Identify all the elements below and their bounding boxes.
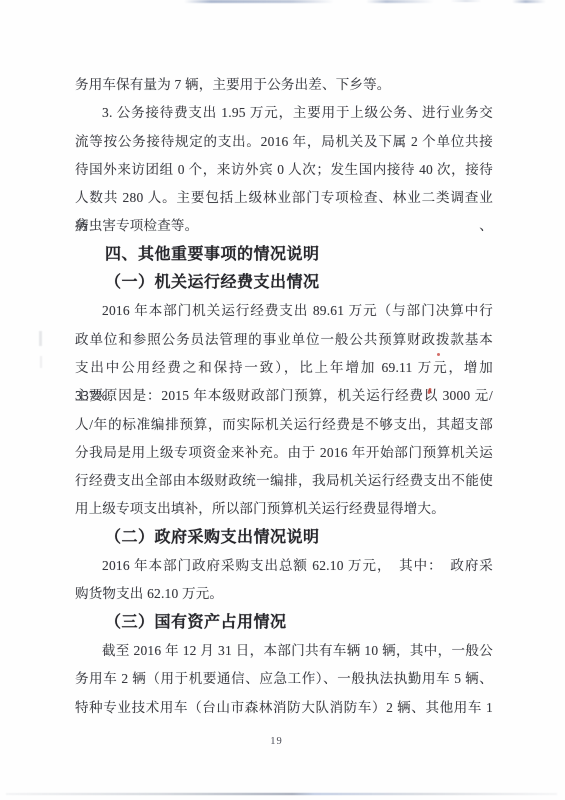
paragraph-line: 用上级专项支出填补，所以部门预算机关运行经费显得增大。 xyxy=(75,495,493,523)
paragraph-line: 主要原因是：2015 年本级财政部门预算，机关运行经费以 3000 元/ xyxy=(75,382,493,410)
scan-smudge-top-icon xyxy=(184,0,334,3)
paragraph-line: 3. 公务接待费支出 1.95 万元，主要用于上级公务、进行业务交 xyxy=(75,99,493,127)
page-edge-shadow xyxy=(6,793,557,795)
paragraph-line: 分我局是用上级专项资金来补充。由于 2016 年开始部门预算机关运 xyxy=(75,439,493,467)
paragraph-line: 截至 2016 年 12 月 31 日，本部门共有车辆 10 辆，其中，一般公 xyxy=(75,637,493,665)
scanned-document-page: 务用车保有量为 7 辆，主要用于公务出差、下乡等。 3. 公务接待费支出 1.9… xyxy=(0,0,565,800)
document-text-body: 务用车保有量为 7 辆，主要用于公务出差、下乡等。 3. 公务接待费支出 1.9… xyxy=(75,71,493,722)
page-number: 19 xyxy=(0,736,553,747)
scan-margin-mark-icon xyxy=(40,356,42,368)
paragraph-line: 待国外来访团组 0 个，来访外宾 0 人次；发生国内接待 40 次，接待 xyxy=(75,156,493,184)
red-mark-icon xyxy=(437,353,440,356)
paragraph-line: 流等按公务接待规定的支出。2016 年，局机关及下属 2 个单位共接 xyxy=(75,128,493,156)
paragraph-line: 购货物支出 62.10 万元。 xyxy=(75,580,493,608)
paragraph-line: 人数共 280 人。主要包括上级林业部门专项检查、林业二类调查业务、 xyxy=(75,184,493,212)
scan-smudge-top-icon xyxy=(512,0,546,3)
section-heading: 四、其他重要事项的情况说明 xyxy=(75,241,493,269)
paragraph-line: 2016 年本部门机关运行经费支出 89.61 万元（与部门决算中行 xyxy=(75,297,493,325)
subsection-heading: （一）机关运行经费支出情况 xyxy=(75,269,493,297)
paragraph-line: 务用车保有量为 7 辆，主要用于公务出差、下乡等。 xyxy=(75,71,493,99)
paragraph-line: 支出中公用经费之和保持一致），比上年增加 69.11 万元，增加 337%。 xyxy=(75,354,493,382)
scan-smudge-top-icon xyxy=(450,0,482,2)
scan-margin-mark-icon xyxy=(39,331,42,346)
paragraph-line: 行经费支出全部由本级财政统一编排，我局机关运行经费支出不能使 xyxy=(75,467,493,495)
scan-smudge-top-icon xyxy=(366,0,434,3)
paragraph-line: 务用车 2 辆（用于机要通信、应急工作）、一般执法执勤用车 5 辆、 xyxy=(75,665,493,693)
paragraph-line: 政单位和参照公务员法管理的事业单位一般公共预算财政拨款基本 xyxy=(75,326,493,354)
paragraph-line: 2016 年本部门政府采购支出总额 62.10 万元， 其中： 政府采 xyxy=(75,552,493,580)
subsection-heading: （二）政府采购支出情况说明 xyxy=(75,524,493,552)
subsection-heading: （三）国有资产占用情况 xyxy=(75,609,493,637)
paragraph-line: 特种专业技术用车（台山市森林消防大队消防车）2 辆、其他用车 1 xyxy=(75,694,493,722)
paragraph-line: 人/年的标准编排预算，而实际机关运行经费是不够支出，其超支部 xyxy=(75,411,493,439)
